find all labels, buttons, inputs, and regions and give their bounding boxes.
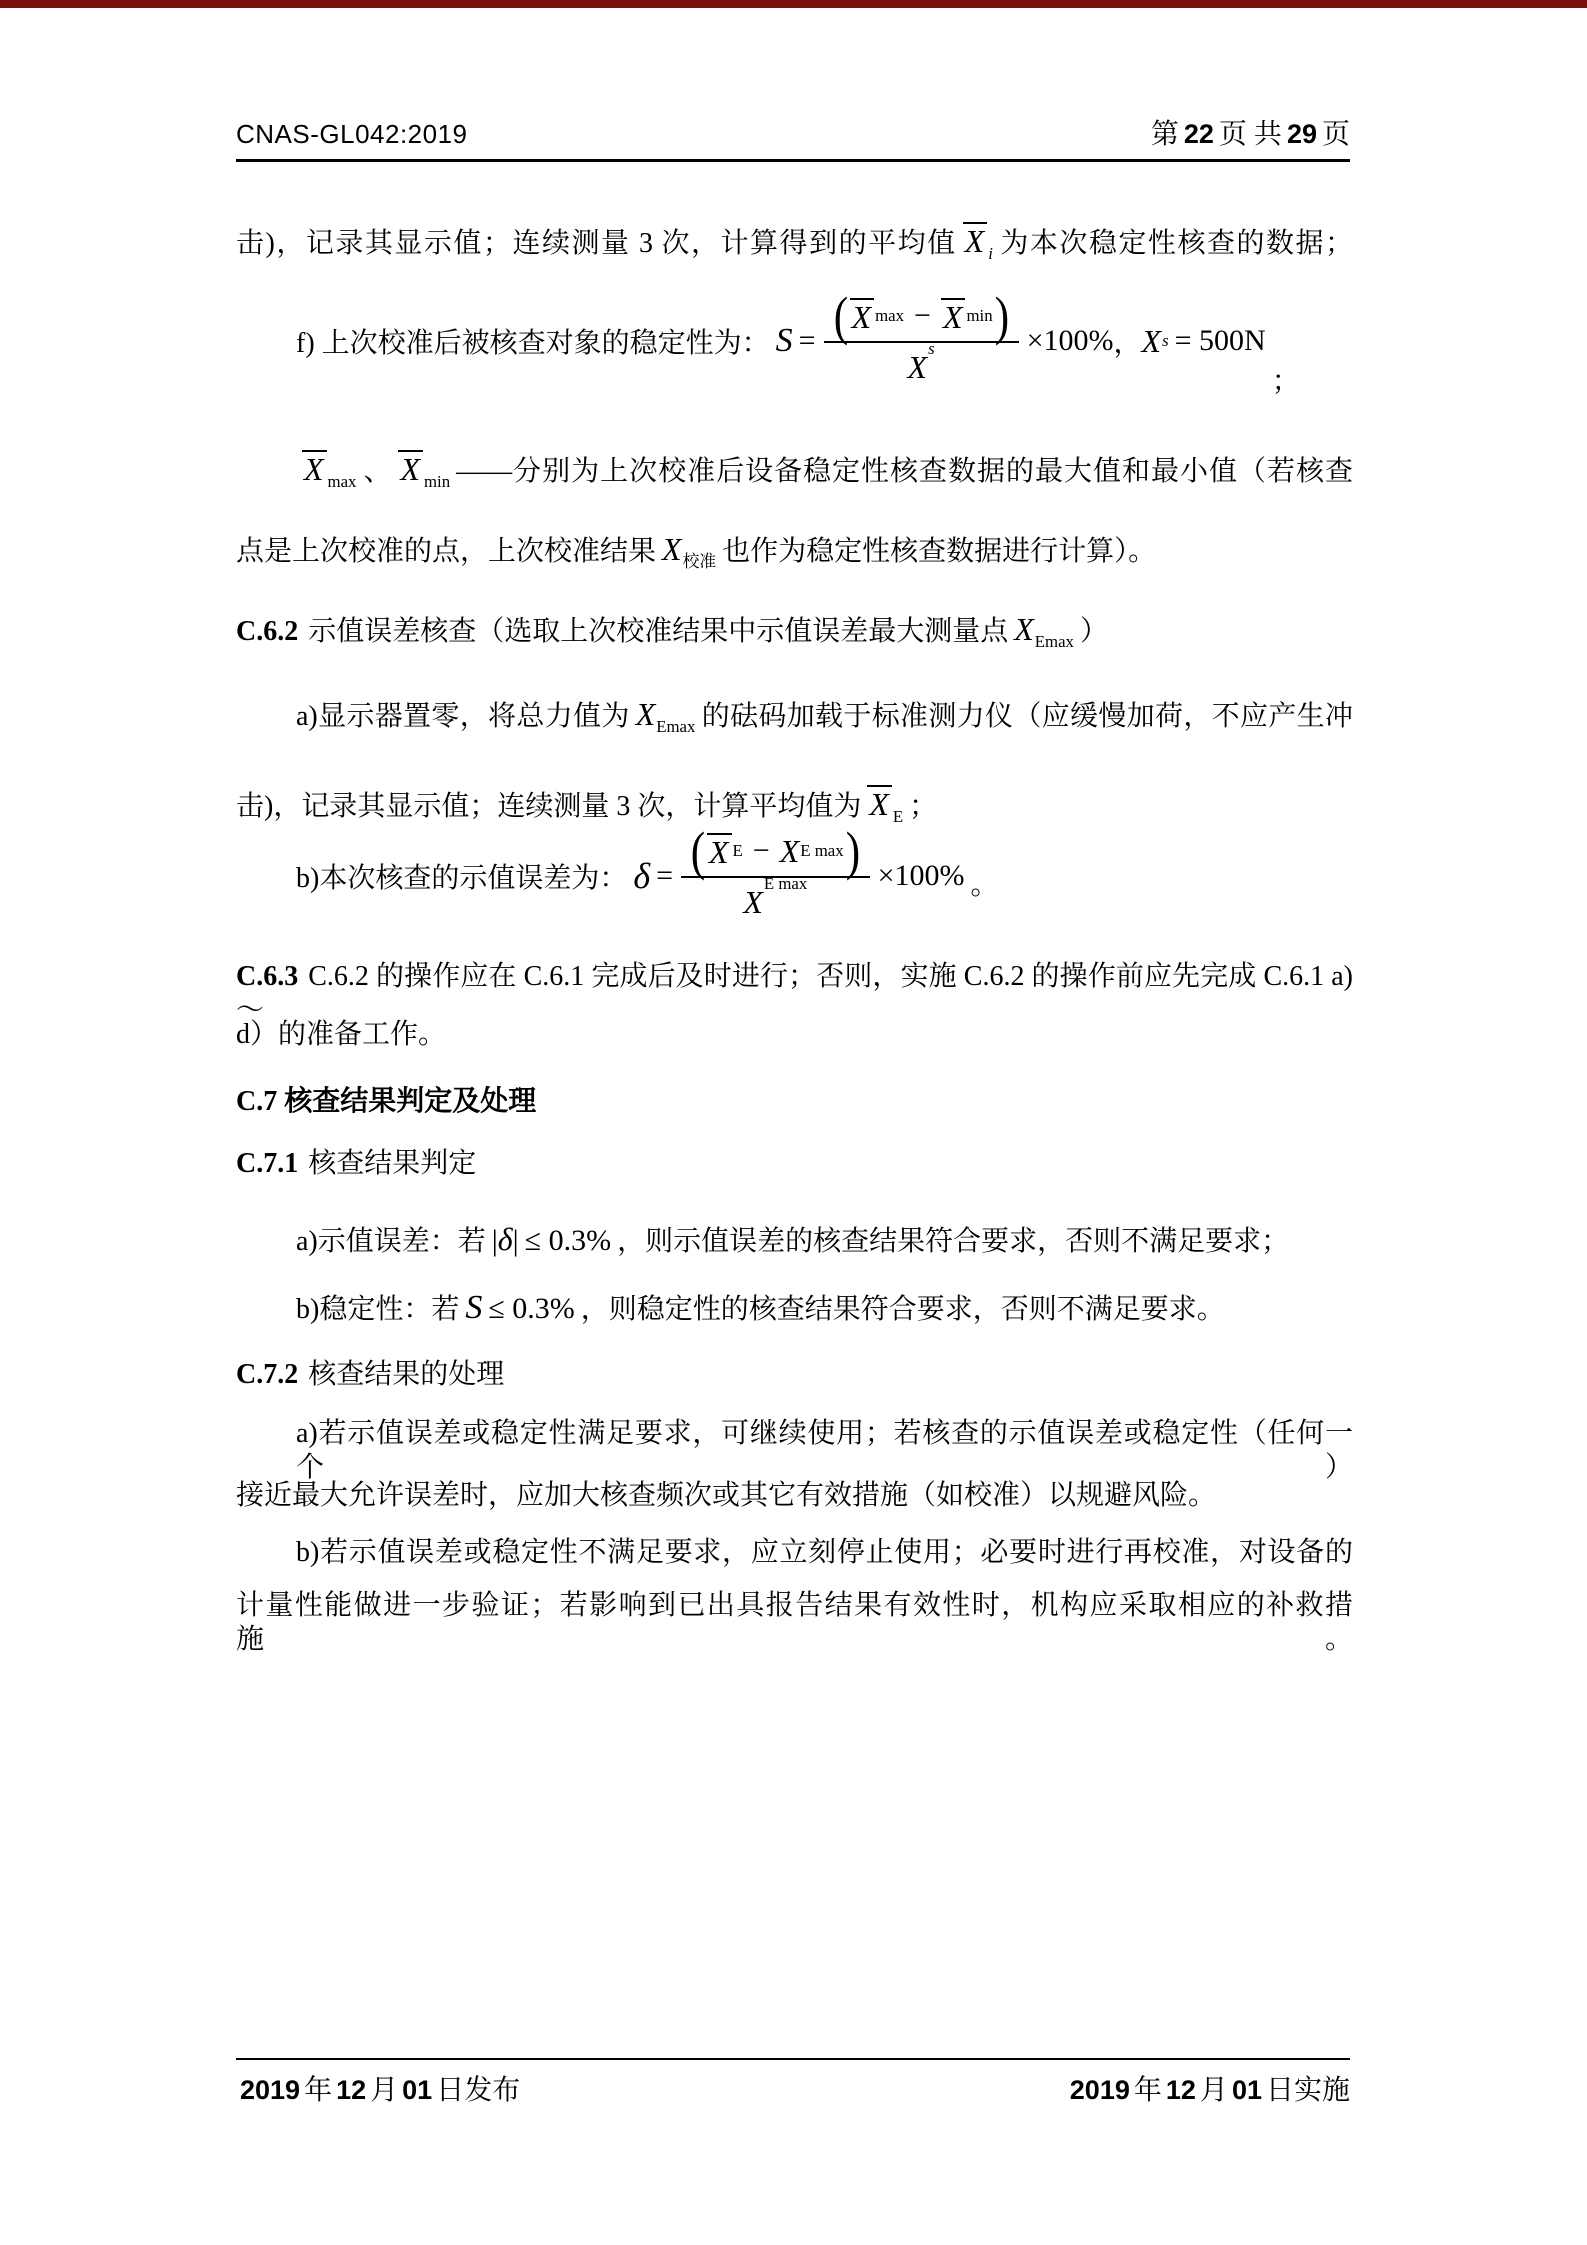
para-c63-line2: d）的准备工作。 (236, 1018, 1353, 1052)
para-c72-item-b-line1: b)若示值误差或稳定性不满足要求，应立刻停止使用；必要时进行再校准，对设备的 (236, 1536, 1353, 1570)
paren-close: ) (845, 831, 859, 871)
footer-rule (236, 2058, 1350, 2060)
math-xbar-min: Xmin (398, 456, 450, 487)
page-current: 22 (1184, 119, 1214, 149)
math-x-emax: XEmax (1014, 616, 1074, 647)
para-c62-item-a: a)显示器置零，将总力值为XEmax的砝码加载于标准测力仪（应缓慢加荷，不应产生… (236, 697, 1353, 734)
para-stability-data: 击)，记录其显示值；连续测量 3 次，计算得到的平均值Xi为本次稳定性核查的数据… (236, 222, 1353, 261)
math-s-condition: S≤ 0.3% (465, 1294, 574, 1325)
fraction-stability: (Xmax−Xmin) Xs (824, 296, 1019, 386)
var-Xs: X (1142, 323, 1162, 360)
math-xbar-e: XE (867, 791, 903, 822)
doc-code: CNAS-GL042:2019 (236, 119, 468, 150)
para-c72-item-a-line2: 接近最大允许误差时，应加大核查频次或其它有效措施（如校准）以规避风险。 (236, 1479, 1353, 1513)
formula-stability-line: f) 上次校准后被核查对象的稳定性为： S = (Xmax−Xmin) Xs ×… (236, 283, 1353, 399)
para-c71-item-a: a)示值误差：若|δ|≤ 0.3%，则示值误差的核查结果符合要求，否则不满足要求… (236, 1222, 1353, 1259)
para-average-xe: 击)，记录其显示值；连续测量 3 次，计算平均值为XE； (236, 785, 1353, 824)
section-c71-heading: C.7.1核查结果判定 (236, 1147, 1353, 1181)
math-xbar-i: Xi (963, 228, 993, 259)
paren-open: ( (833, 296, 847, 336)
para-c71-item-b: b)稳定性：若S≤ 0.3%，则稳定性的核查结果符合要求，否则不满足要求。 (236, 1291, 1353, 1327)
section-number: C.6.2 (236, 616, 298, 647)
para-c72-item-b-line2: 计量性能做进一步验证；若影响到已出具报告结果有效性时，机构应采取相应的补救措施。 (236, 1589, 1353, 1657)
page-number: 第22页 共29页 (1151, 112, 1350, 152)
page-number-mid: 页 共 (1219, 119, 1282, 150)
value-500N: = 500N (1175, 324, 1266, 358)
math-abs-delta: |δ|≤ 0.3% (492, 1226, 611, 1257)
para-c72-item-a-line1: a)若示值误差或稳定性满足要求，可继续使用；若核查的示值误差或稳定性（任何一个） (236, 1417, 1353, 1485)
page-number-post: 页 (1322, 119, 1350, 150)
minus-sign: − (753, 834, 770, 868)
fraction-error: (XE−XE max) XE max (681, 831, 870, 921)
page-header: CNAS-GL042:2019 第22页 共29页 (236, 112, 1350, 152)
formula-b-label: b)本次核查的示值误差为： (296, 856, 627, 896)
section-number: C.6.3 (236, 961, 298, 992)
math-x-emax: XEmax (636, 701, 696, 732)
math-xbar-max: Xmax (302, 456, 356, 487)
section-c62-heading: C.6.2示值误差核查（选取上次校准结果中示值误差最大测量点XEmax） (236, 612, 1353, 649)
header-rule (236, 159, 1350, 162)
section-c72-heading: C.7.2核查结果的处理 (236, 1358, 1353, 1392)
times-100: ×100% (878, 859, 965, 893)
section-number: C.7.1 (236, 1148, 298, 1179)
page-footer: 2019年12月01日发布 2019年12月01日实施 (236, 2068, 1350, 2108)
var-delta: δ (633, 855, 650, 897)
page-total: 29 (1287, 119, 1317, 149)
footer-publish-date: 2019年12月01日发布 (236, 2068, 520, 2108)
times-100: ×100% (1027, 324, 1114, 358)
math-x-calibration: X校准 (662, 536, 716, 567)
page-number-pre: 第 (1151, 119, 1179, 150)
equals-sign: = (656, 859, 673, 893)
para-xmax-xmin-def: Xmax、Xmin——分别为上次校准后设备稳定性核查数据的最大值和最小值（若核查 (236, 450, 1353, 489)
paren-close: ) (994, 296, 1008, 336)
formula-error-line: b)本次核查的示值误差为： δ = (XE−XE max) XE max ×10… (236, 820, 1353, 932)
section-number: C.7.2 (236, 1359, 298, 1390)
top-edge-strip (0, 0, 1587, 8)
var-S: S (776, 322, 793, 360)
minus-sign: − (914, 299, 931, 333)
para-calibration-point: 点是上次校准的点，上次校准结果X校准也作为稳定性核查数据进行计算）。 (236, 532, 1353, 569)
document-page: CNAS-GL042:2019 第22页 共29页 击)，记录其显示值；连续测量… (0, 0, 1587, 2245)
section-c7-heading: C.7 核查结果判定及处理 (236, 1085, 1353, 1119)
footer-effective-date: 2019年12月01日实施 (1066, 2068, 1350, 2108)
formula-f-label: f) 上次校准后被核查对象的稳定性为： (296, 321, 770, 361)
paren-open: ( (691, 831, 705, 871)
equals-sign: = (799, 324, 816, 358)
